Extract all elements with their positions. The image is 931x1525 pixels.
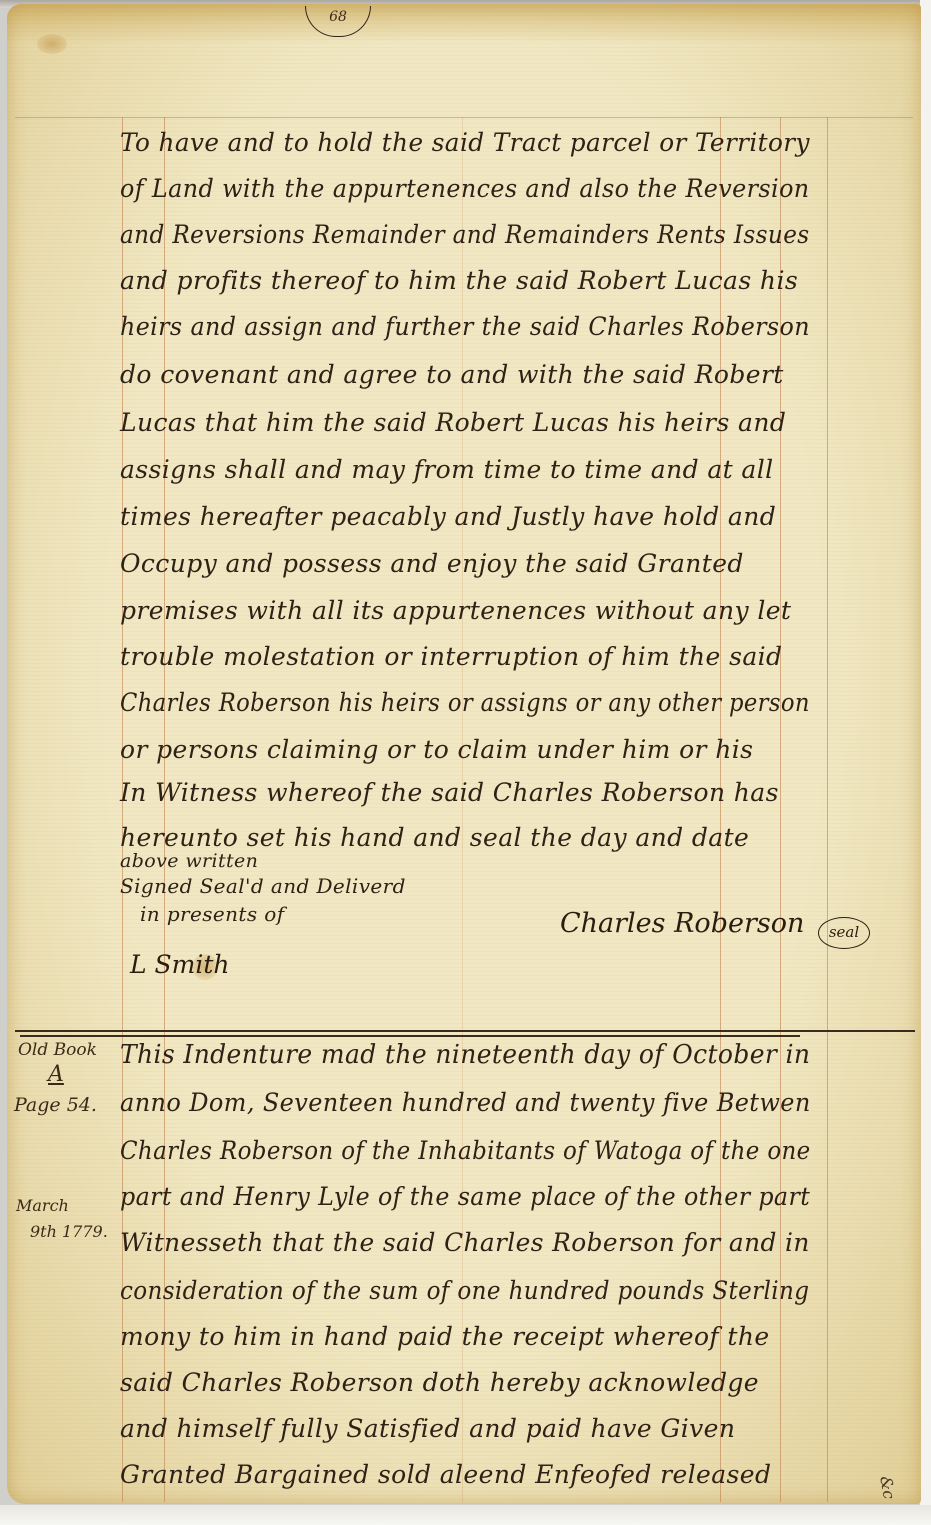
seal-mark: seal (818, 917, 870, 949)
text-line: This Indenture mad the nineteenth day of… (120, 1040, 810, 1070)
text-line: and himself fully Satisfied and paid hav… (120, 1414, 735, 1443)
text-line: Granted Bargained sold aleend Enfeofed r… (120, 1460, 771, 1489)
text-line: above written (120, 850, 258, 872)
attestation-line: Signed Seal'd and Deliverd (120, 874, 406, 898)
text-line: and profits thereof to him the said Robe… (120, 266, 798, 295)
text-line: To have and to hold the said Tract parce… (120, 128, 810, 157)
text-line: premises with all its appurtenences with… (120, 596, 791, 625)
margin-note-book: A (48, 1062, 64, 1087)
text-line: anno Dom, Seventeen hundred and twenty f… (120, 1088, 811, 1117)
header-rule (15, 117, 913, 118)
text-line: of Land with the appurtenences and also … (120, 174, 810, 203)
text-line: Charles Roberson his heirs or assigns or… (120, 688, 810, 717)
text-line: and Reversions Remainder and Remainders … (120, 220, 810, 249)
text-line: times hereafter peacably and Justly have… (120, 502, 776, 531)
text-line: heirs and assign and further the said Ch… (120, 312, 810, 341)
catchword: &c (876, 1474, 899, 1500)
text-line: hereunto set his hand and seal the day a… (120, 823, 749, 852)
margin-note-source: Old Book (18, 1040, 97, 1060)
text-line: Charles Roberson of the Inhabitants of W… (120, 1136, 811, 1165)
text-line: trouble molestation or interruption of h… (120, 642, 782, 671)
witness-signature: L Smith (130, 950, 230, 979)
text-line: consideration of the sum of one hundred … (120, 1276, 809, 1305)
text-line: part and Henry Lyle of the same place of… (120, 1182, 810, 1211)
scan-backdrop-right (920, 0, 931, 1525)
page-edge-stain (7, 4, 921, 44)
text-line: assigns shall and may from time to time … (120, 455, 774, 484)
scan-backdrop-bottom (0, 1505, 931, 1525)
margin-note-page: Page 54. (14, 1094, 97, 1116)
grantor-signature: Charles Roberson (560, 908, 804, 939)
margin-note-recorded-month: March (16, 1196, 69, 1215)
text-line: In Witness whereof the said Charles Robe… (120, 778, 779, 807)
text-line: Lucas that him the said Robert Lucas his… (120, 408, 786, 437)
margin-note-recorded-date: 9th 1779. (30, 1222, 108, 1241)
text-line: Witnesseth that the said Charles Roberso… (120, 1228, 810, 1257)
text-line: mony to him in hand paid the receipt whe… (120, 1322, 770, 1351)
section-separator (20, 1035, 800, 1037)
text-line: Occupy and possess and enjoy the said Gr… (120, 549, 744, 578)
section-separator (15, 1030, 915, 1032)
text-line: said Charles Roberson doth hereby acknow… (120, 1368, 759, 1397)
age-stain (37, 34, 67, 54)
column-rule (827, 117, 828, 1502)
text-line: do covenant and agree to and with the sa… (120, 360, 784, 389)
attestation-line: in presents of (140, 902, 285, 926)
text-line: or persons claiming or to claim under hi… (120, 735, 753, 764)
